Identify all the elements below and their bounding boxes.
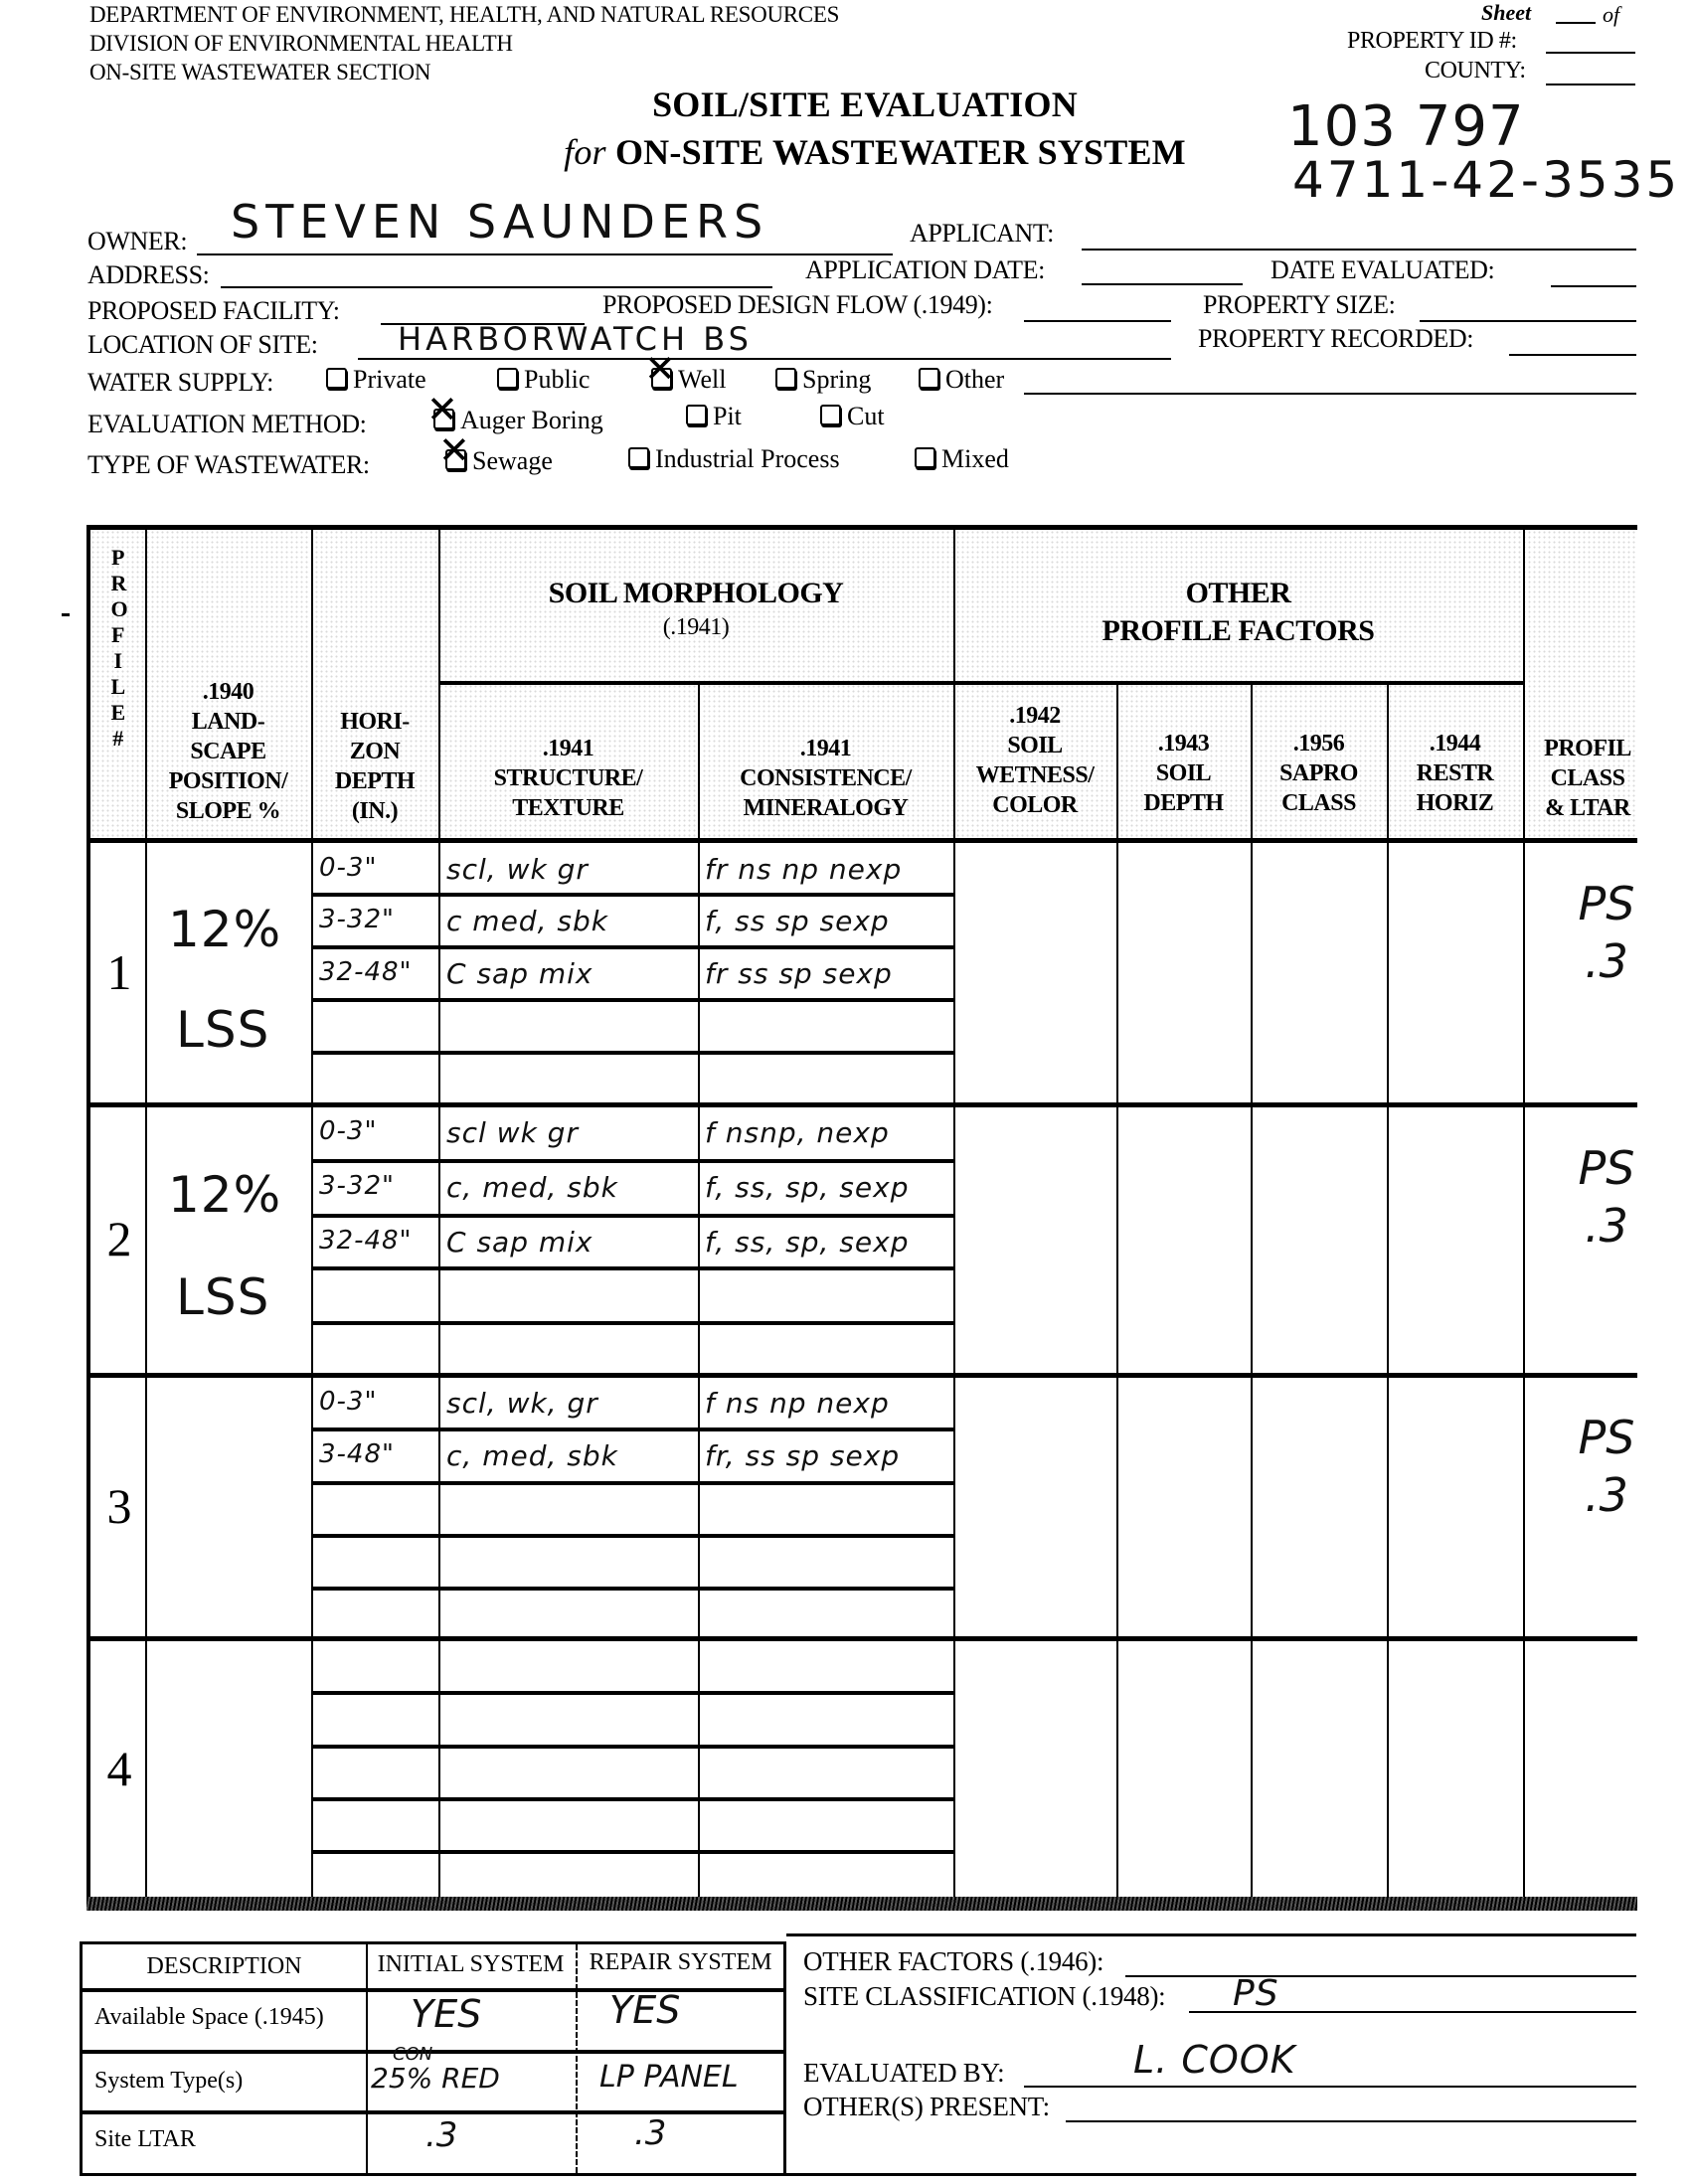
sewage-checkbox[interactable] [445, 449, 466, 470]
horizon-divider [311, 1214, 953, 1218]
horizon-depth-cell[interactable]: 32-48" [319, 1226, 438, 1256]
horizon-divider [311, 1850, 953, 1854]
mixed-checkbox[interactable] [915, 447, 935, 468]
landscape-position[interactable]: LSS [176, 1001, 269, 1059]
landscape-position[interactable]: LSS [176, 1268, 269, 1326]
restr-horiz-cell[interactable] [1387, 1377, 1523, 1636]
sum-system-repair[interactable]: LP PANEL [599, 2060, 739, 2095]
form-title: SOIL/SITE EVALUATION [517, 84, 1213, 125]
horizon-divider [311, 1159, 953, 1163]
others-present-field[interactable] [1066, 2120, 1636, 2122]
horizon-divider [311, 1745, 953, 1749]
sum-col-divider [366, 1944, 368, 2173]
landscape-slope[interactable]: 12% [168, 901, 281, 958]
structure-texture-cell[interactable]: C sap mix [446, 1226, 695, 1259]
restr-horiz-cell[interactable] [1387, 1106, 1523, 1373]
sum-available-repair[interactable]: YES [609, 1988, 680, 2032]
profile-number: 3 [90, 1477, 148, 1535]
consistence-mineralogy-cell[interactable]: f nsnp, nexp [705, 1116, 953, 1149]
property-size-field[interactable] [1420, 320, 1636, 322]
profile-section: 30-3"scl, wk, grf ns np nexp3-48"c, med,… [90, 1377, 1637, 1640]
soil-wetness-cell[interactable] [953, 1640, 1116, 1898]
structure-texture-cell[interactable]: scl, wk gr [446, 853, 695, 886]
consistence-mineralogy-cell[interactable]: f, ss, sp, sexp [705, 1171, 953, 1204]
horizon-divider [311, 1481, 953, 1485]
owner-field[interactable] [197, 253, 893, 255]
other-checkbox[interactable] [919, 368, 939, 389]
spring-checkbox[interactable] [775, 368, 796, 389]
sum-row-site-ltar: Site LTAR [94, 2126, 196, 2153]
right-box-bottom [786, 2173, 1636, 2176]
header-split-line [438, 681, 1525, 685]
ltar-value: .3 [1552, 932, 1661, 990]
water-supply-other-field[interactable] [1024, 393, 1636, 395]
property-id-field[interactable] [1546, 52, 1635, 54]
profile-class-ltar-cell[interactable]: PS.3 [1552, 1139, 1661, 1255]
water-supply-spring[interactable]: Spring [775, 365, 871, 395]
private-checkbox[interactable] [326, 368, 347, 389]
landscape-slope[interactable]: 12% [168, 1166, 281, 1224]
horizon-divider [311, 998, 953, 1002]
soil-wetness-cell[interactable] [953, 843, 1116, 1102]
sum-header-initial: INITIAL SYSTEM [366, 1951, 576, 1978]
well-checkbox[interactable] [651, 368, 672, 389]
soil-wetness-cell[interactable] [953, 1377, 1116, 1636]
sum-row-system-type: System Type(s) [94, 2068, 243, 2095]
handwritten-number-1: 103 797 [1287, 94, 1525, 159]
sheet-label: Sheet [1481, 0, 1531, 26]
sapro-class-cell[interactable] [1251, 1106, 1387, 1373]
water-supply-label: WATER SUPPLY: [87, 368, 273, 398]
form-title-2: for ON-SITE WASTEWATER SYSTEM [517, 131, 1233, 173]
location-value: HARBORWATCH BS [398, 320, 753, 358]
cut-checkbox[interactable] [820, 405, 841, 425]
agency-line-1: DEPARTMENT OF ENVIRONMENT, HEALTH, AND N… [89, 0, 839, 29]
profile-class-value: PS [1552, 875, 1661, 932]
proposed-facility-label: PROPOSED FACILITY: [87, 296, 340, 326]
location-field[interactable] [358, 358, 1171, 360]
header-wetness: .1942 SOIL WETNESS/ COLOR [953, 701, 1116, 820]
of-label: of [1603, 2, 1619, 28]
applicant-field[interactable] [1082, 249, 1636, 251]
margin-mark [62, 613, 70, 616]
summary-table: DESCRIPTION INITIAL SYSTEM REPAIR SYSTEM… [80, 1941, 786, 2176]
application-date-label: APPLICATION DATE: [805, 255, 1045, 285]
county-field[interactable] [1546, 84, 1635, 85]
structure-texture-cell[interactable]: scl, wk, gr [446, 1387, 695, 1420]
address-field[interactable] [221, 286, 772, 288]
property-size-label: PROPERTY SIZE: [1203, 290, 1395, 320]
other-factors-label: OTHER FACTORS (.1946): [803, 1946, 1103, 1977]
profile-section: 112%LSS0-3"scl, wk grfr ns np nexp3-32"c… [90, 843, 1637, 1106]
evaluated-by-value: L. COOK [1133, 2038, 1296, 2082]
profile-class-value: PS [1552, 1409, 1661, 1466]
header-other-profile-factors: OTHER PROFILE FACTORS [953, 575, 1523, 650]
sum-ltar-repair[interactable]: .3 [634, 2113, 666, 2153]
structure-texture-cell[interactable]: c, med, sbk [446, 1171, 695, 1204]
horizon-divider [311, 1428, 953, 1431]
soil-depth-cell[interactable] [1116, 1640, 1251, 1898]
soil-depth-cell[interactable] [1116, 843, 1251, 1102]
water-supply-private[interactable]: Private [326, 365, 426, 395]
horizon-divider [311, 945, 953, 949]
design-flow-label: PROPOSED DESIGN FLOW (.1949): [602, 290, 992, 320]
property-recorded-field[interactable] [1509, 354, 1636, 356]
soil-depth-cell[interactable] [1116, 1377, 1251, 1636]
table-bottom-rule [86, 1897, 1637, 1911]
horizon-depth-cell[interactable]: 3-48" [319, 1439, 438, 1469]
wastewater-sewage[interactable]: Sewage [445, 446, 553, 476]
profile-section: 4 [90, 1640, 1637, 1902]
profile-class-ltar-cell[interactable]: PS.3 [1552, 875, 1661, 990]
owner-label: OWNER: [87, 227, 187, 256]
handwritten-number-2: 4711-42-3535 [1292, 151, 1680, 209]
applicant-label: APPLICANT: [910, 219, 1054, 249]
water-supply-well[interactable]: Well [651, 365, 726, 395]
soil-depth-cell[interactable] [1116, 1106, 1251, 1373]
sheet-number-line[interactable] [1556, 22, 1596, 24]
sum-header-description: DESCRIPTION [83, 1953, 366, 1980]
ltar-value: .3 [1552, 1197, 1661, 1255]
horizon-depth-cell[interactable]: 3-32" [319, 905, 438, 934]
ltar-value: .3 [1552, 1466, 1661, 1524]
horizon-depth-cell[interactable]: 3-32" [319, 1171, 438, 1201]
location-label: LOCATION OF SITE: [87, 330, 318, 360]
header-soil-depth: .1943 SOIL DEPTH [1116, 729, 1251, 818]
sum-row-line [83, 2110, 783, 2114]
water-supply-public[interactable]: Public [497, 365, 590, 395]
consistence-mineralogy-cell[interactable]: f, ss, sp, sexp [705, 1226, 953, 1259]
structure-texture-cell[interactable]: scl wk gr [446, 1116, 695, 1149]
wastewater-mixed[interactable]: Mixed [915, 444, 1009, 474]
owner-value: STEVEN SAUNDERS [231, 195, 768, 249]
consistence-mineralogy-cell[interactable]: f, ss sp sexp [705, 905, 953, 937]
right-box-top [786, 1933, 1636, 1936]
horizon-divider [311, 1587, 953, 1591]
header-profile: P R O F I L E # [90, 545, 145, 752]
horizon-divider [311, 1051, 953, 1055]
profile-section: 212%LSS0-3"scl wk grf nsnp, nexp3-32"c, … [90, 1106, 1637, 1377]
form-title-line-1: SOIL/SITE EVALUATION [517, 84, 1213, 125]
agency-line-3: ON-SITE WASTEWATER SECTION [89, 58, 839, 86]
header-consistence: .1941 CONSISTENCE/ MINERALOGY [698, 734, 953, 823]
consistence-mineralogy-cell[interactable]: fr ss sp sexp [705, 957, 953, 990]
site-classification-value: PS [1233, 1973, 1279, 2014]
evaluated-by-label: EVALUATED BY: [803, 2058, 1004, 2089]
sapro-class-cell[interactable] [1251, 1377, 1387, 1636]
horizon-divider [311, 1691, 953, 1695]
soil-wetness-cell[interactable] [953, 1106, 1116, 1373]
site-classification-label: SITE CLASSIFICATION (.1948): [803, 1981, 1165, 2012]
horizon-depth-cell[interactable]: 0-3" [319, 853, 438, 883]
property-id-label: PROPERTY ID #: [1347, 28, 1517, 55]
restr-horiz-cell[interactable] [1387, 843, 1523, 1102]
horizon-divider [311, 1534, 953, 1538]
sum-row-line [83, 2050, 783, 2054]
soil-evaluation-table: P R O F I L E # .1940 LAND- SCAPE POSITI… [86, 525, 1637, 1903]
horizon-depth-cell[interactable]: 32-48" [319, 957, 438, 987]
restr-horiz-cell[interactable] [1387, 1640, 1523, 1898]
header-soil-morphology: SOIL MORPHOLOGY (.1941) [438, 575, 953, 642]
agency-header: DEPARTMENT OF ENVIRONMENT, HEALTH, AND N… [89, 0, 839, 86]
design-flow-field[interactable] [1024, 320, 1171, 322]
auger-boring-checkbox[interactable] [433, 409, 454, 429]
sum-available-initial[interactable]: YES [411, 1992, 481, 2036]
address-label: ADDRESS: [87, 260, 210, 290]
form-title-prefix: for [564, 132, 606, 172]
application-date-field[interactable] [1082, 283, 1243, 285]
date-evaluated-label: DATE EVALUATED: [1270, 255, 1494, 285]
horizon-divider [311, 1797, 953, 1801]
profile-number: 4 [90, 1740, 148, 1797]
sum-ltar-initial[interactable]: .3 [425, 2115, 457, 2155]
sapro-class-cell[interactable] [1251, 843, 1387, 1102]
public-checkbox[interactable] [497, 368, 518, 389]
header-restr-horiz: .1944 RESTR HORIZ [1387, 729, 1523, 818]
sum-system-initial[interactable]: 25% RED [371, 2062, 500, 2095]
water-supply-other[interactable]: Other [919, 365, 1004, 395]
form-title-line-2: ON-SITE WASTEWATER SYSTEM [615, 132, 1186, 172]
profile-class-ltar-cell[interactable]: PS.3 [1552, 1409, 1661, 1524]
sapro-class-cell[interactable] [1251, 1640, 1387, 1898]
wastewater-industrial[interactable]: Industrial Process [628, 444, 840, 474]
structure-texture-cell[interactable]: c med, sbk [446, 905, 695, 937]
evaluation-method-label: EVALUATION METHOD: [87, 410, 366, 439]
others-present-label: OTHER(S) PRESENT: [803, 2092, 1050, 2122]
method-pit[interactable]: Pit [686, 402, 742, 431]
profile-class-value: PS [1552, 1139, 1661, 1197]
consistence-mineralogy-cell[interactable]: fr, ss sp sexp [705, 1439, 953, 1472]
horizon-divider [311, 1266, 953, 1270]
sum-col-divider [576, 1944, 578, 2173]
horizon-depth-cell[interactable]: 0-3" [319, 1116, 438, 1146]
method-cut[interactable]: Cut [820, 402, 885, 431]
date-evaluated-field[interactable] [1551, 285, 1636, 287]
profile-number: 1 [90, 943, 148, 1001]
county-label: COUNTY: [1425, 58, 1526, 84]
consistence-mineralogy-cell[interactable]: f ns np nexp [705, 1387, 953, 1420]
horizon-depth-cell[interactable]: 0-3" [319, 1387, 438, 1417]
sum-row-available-space: Available Space (.1945) [94, 2004, 324, 2031]
pit-checkbox[interactable] [686, 405, 707, 425]
header-horizon-depth: HORI- ZON DEPTH (IN.) [311, 707, 438, 826]
header-landscape: .1940 LAND- SCAPE POSITION/ SLOPE % [145, 677, 311, 826]
other-factors-field[interactable] [1125, 1975, 1636, 1977]
agency-line-2: DIVISION OF ENVIRONMENTAL HEALTH [89, 29, 839, 58]
property-recorded-label: PROPERTY RECORDED: [1198, 324, 1473, 354]
structure-texture-cell[interactable]: C sap mix [446, 957, 695, 990]
industrial-checkbox[interactable] [628, 447, 649, 468]
structure-texture-cell[interactable]: c, med, sbk [446, 1439, 695, 1472]
horizon-divider [311, 893, 953, 897]
evaluated-by-field[interactable] [1024, 2086, 1636, 2088]
profile-number: 2 [90, 1210, 148, 1267]
header-structure: .1941 STRUCTURE/ TEXTURE [438, 734, 698, 823]
header-sapro-class: .1956 SAPRO CLASS [1251, 729, 1387, 818]
header-profile-class-ltar: PROFIL CLASS & LTAR [1523, 734, 1652, 823]
sum-header-repair: REPAIR SYSTEM [576, 1949, 785, 1976]
consistence-mineralogy-cell[interactable]: fr ns np nexp [705, 853, 953, 886]
wastewater-type-label: TYPE OF WASTEWATER: [87, 450, 370, 480]
horizon-divider [311, 1321, 953, 1325]
